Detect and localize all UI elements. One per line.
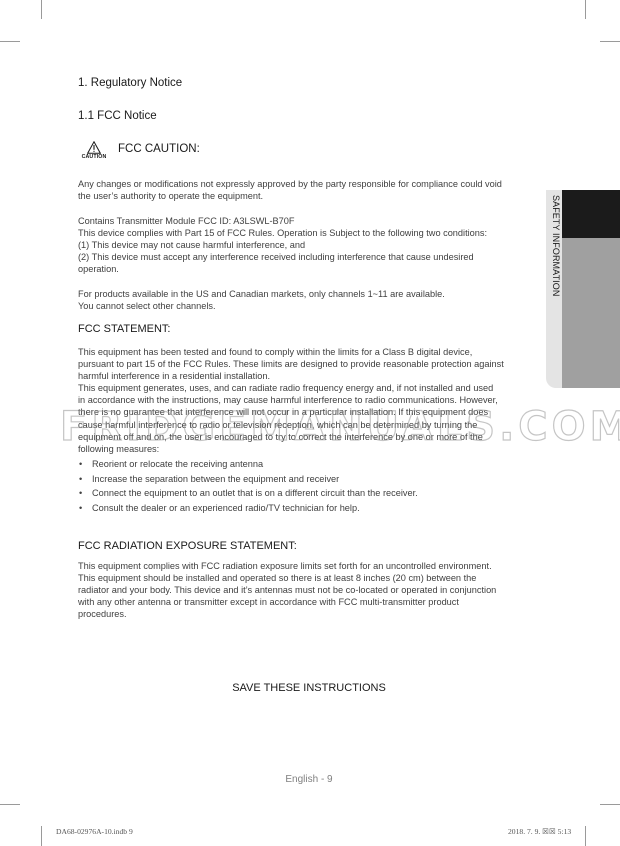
text-line: This equipment should be installed and o…	[78, 572, 548, 584]
list-item-text: Reorient or relocate the receiving anten…	[92, 459, 263, 469]
bullet-icon: •	[79, 487, 82, 499]
text-line: there is no guarantee that interference …	[78, 406, 548, 418]
text-line: in accordance with the instructions, may…	[78, 394, 548, 406]
caution-header: CAUTION FCC CAUTION:	[78, 141, 378, 163]
text-line: (1) This device may not cause harmful in…	[78, 239, 548, 251]
text-line: equipment off and on, the user is encour…	[78, 431, 548, 443]
save-instructions-heading: SAVE THESE INSTRUCTIONS	[78, 682, 540, 694]
text-line: This equipment has been tested and found…	[78, 346, 548, 358]
crop-mark-bottom-left	[41, 826, 42, 846]
bullet-icon: •	[79, 473, 82, 485]
text-line: harmful interference in a residential in…	[78, 370, 548, 382]
list-item: •Increase the separation between the equ…	[78, 473, 548, 488]
text-line: with any other antenna or transmitter ex…	[78, 596, 548, 608]
bullet-icon: •	[79, 502, 82, 514]
measures-list: •Reorient or relocate the receiving ante…	[78, 458, 548, 516]
section-side-tab: SAFETY INFORMATION	[546, 190, 620, 388]
caution-paragraph-1: Any changes or modifications not express…	[78, 178, 548, 202]
bullet-icon: •	[79, 458, 82, 470]
side-tab-gray-block	[562, 238, 620, 388]
list-item: •Reorient or relocate the receiving ante…	[78, 458, 548, 473]
text-line: operation.	[78, 263, 548, 275]
crop-mark-left-top	[0, 41, 20, 42]
text-line: procedures.	[78, 608, 548, 620]
print-slug-timestamp: 2018. 7. 9. ☒☒ 5:13	[508, 827, 571, 836]
list-item-text: Connect the equipment to an outlet that …	[92, 488, 418, 498]
side-tab-label: SAFETY INFORMATION	[549, 195, 561, 296]
radiation-statement-title: FCC RADIATION EXPOSURE STATEMENT:	[78, 540, 297, 552]
warning-triangle-icon	[87, 141, 101, 154]
list-item-text: Increase the separation between the equi…	[92, 474, 339, 484]
caution-paragraph-3: For products available in the US and Can…	[78, 288, 548, 312]
crop-mark-left-bottom	[0, 804, 20, 805]
fcc-statement-body: This equipment has been tested and found…	[78, 346, 548, 455]
text-line: For products available in the US and Can…	[78, 288, 548, 300]
crop-mark-right-top	[600, 41, 620, 42]
caution-title: FCC CAUTION:	[118, 143, 200, 155]
text-line: This equipment complies with FCC radiati…	[78, 560, 548, 572]
text-line: This device complies with Part 15 of FCC…	[78, 227, 548, 239]
print-slug-file: DA68-02976A-10.indb 9	[56, 827, 133, 836]
text-line: This equipment generates, uses, and can …	[78, 382, 548, 394]
text-line: Contains Transmitter Module FCC ID: A3LS…	[78, 215, 548, 227]
list-item-text: Consult the dealer or an experienced rad…	[92, 503, 360, 513]
crop-mark-bottom-right	[585, 826, 586, 846]
radiation-statement-body: This equipment complies with FCC radiati…	[78, 560, 548, 620]
text-line: following measures:	[78, 443, 548, 455]
caution-icon-label: CAUTION	[78, 154, 110, 160]
page-number: English - 9	[78, 774, 540, 785]
side-tab-active-block	[562, 190, 620, 238]
caution-icon: CAUTION	[78, 141, 110, 163]
section-heading: 1. Regulatory Notice	[78, 77, 182, 89]
text-line: radiator and your body. This device and …	[78, 584, 548, 596]
list-item: •Connect the equipment to an outlet that…	[78, 487, 548, 502]
text-line: Any changes or modifications not express…	[78, 178, 548, 190]
text-line: cause harmful interference to radio or t…	[78, 419, 548, 431]
crop-mark-top-right	[585, 0, 586, 19]
list-item: •Consult the dealer or an experienced ra…	[78, 502, 548, 517]
text-line: pursuant to part 15 of the FCC Rules. Th…	[78, 358, 548, 370]
subsection-heading: 1.1 FCC Notice	[78, 110, 157, 122]
text-line: You cannot select other channels.	[78, 300, 548, 312]
caution-paragraph-2: Contains Transmitter Module FCC ID: A3LS…	[78, 215, 548, 275]
crop-mark-right-bottom	[600, 804, 620, 805]
text-line: the user’s authority to operate the equi…	[78, 190, 548, 202]
text-line: (2) This device must accept any interfer…	[78, 251, 548, 263]
fcc-statement-title: FCC STATEMENT:	[78, 323, 170, 335]
crop-mark-top-left	[41, 0, 42, 19]
